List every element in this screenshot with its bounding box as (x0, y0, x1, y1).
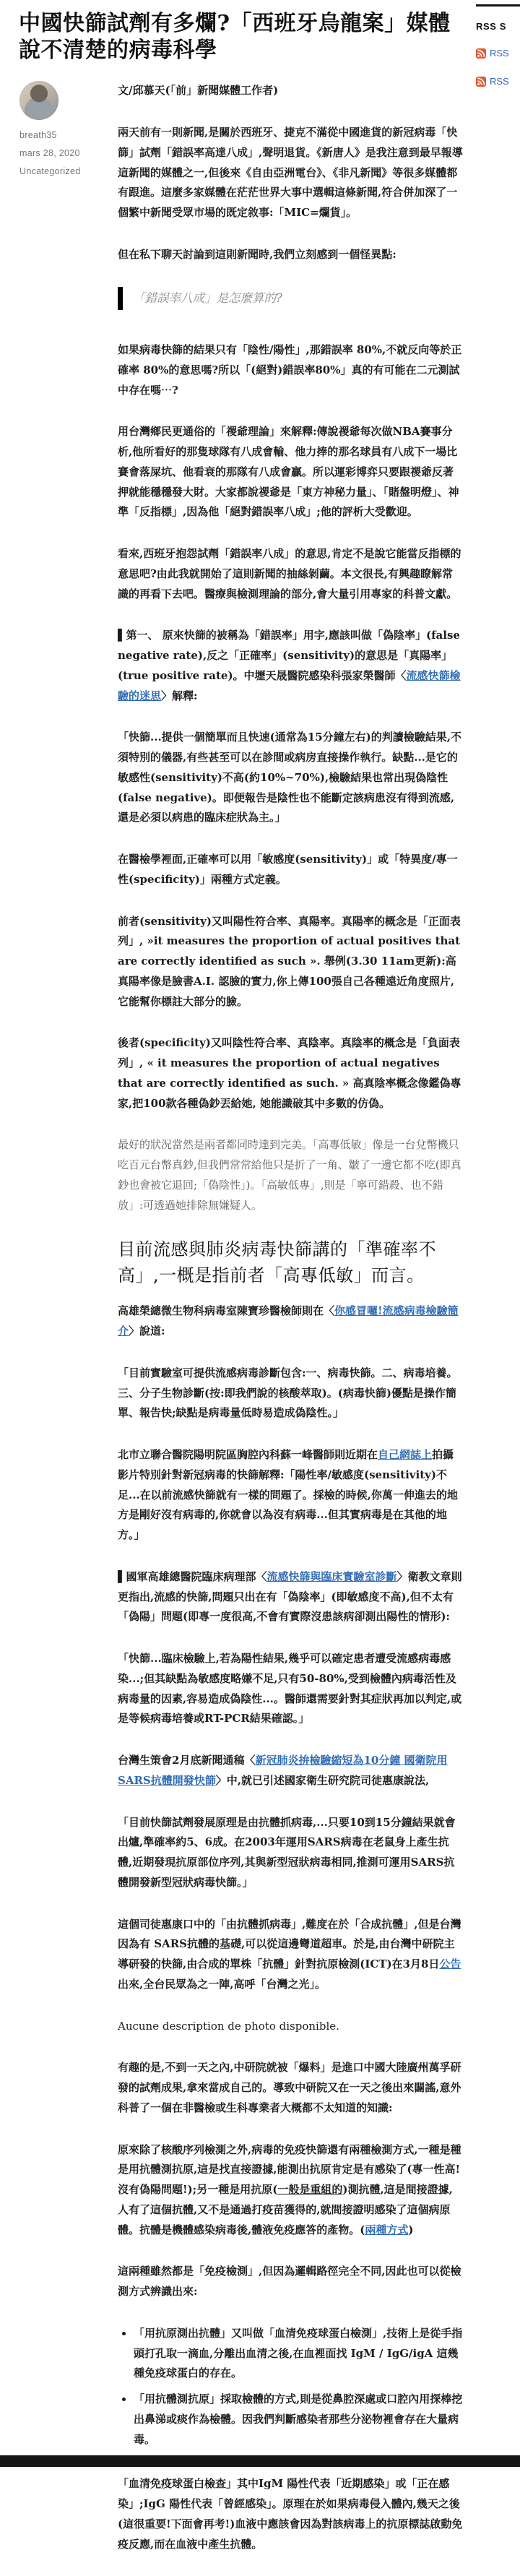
text-segment: 出來,全台民眾為之一陣,高呼「台灣之光」。 (118, 1978, 326, 1991)
text-segment: 「血清免疫球蛋白檢查」其中IgM 陽性代表「近期感染」或「正在感染」;IgG 陽… (118, 2477, 462, 2550)
text-segment: 在醫檢學裡面,正確率可以用「敏感度(sensitivity)」或「特異度/專一性… (118, 853, 458, 886)
paragraph: 最好的狀況當然是兩者都同時達到完美。「高專低敏」像是一台兌幣機只吃百元台幣真鈔,… (118, 1135, 463, 1215)
section-heading: 目前流感與肺炎病毒快篩講的「準確率不高」,一概是指前者「高專低敏」而言。 (118, 1237, 463, 1288)
paragraph: 如果病毒快篩的結果只有「陰性/陽性」,那錯誤率 80%,不就反向等於正確率 80… (118, 340, 463, 400)
inline-link[interactable]: 公告 (439, 1957, 461, 1970)
text-segment: 「目前實驗室可提供流感病毒診斷包含:一、病毒快篩。二、病毒培養。三、分子生物診斷… (118, 1366, 458, 1420)
paragraph: 台灣生策會2月底新聞通稿〈新冠肺炎拚檢驗縮短為10分鐘 國衛院用SARS抗體開發… (118, 1751, 463, 1791)
text-segment: 「用抗原測出抗體」又叫做「血清免疫球蛋白檢測」,技術上是從手指頭打孔取一滴血,分… (134, 2327, 462, 2380)
text-segment: Aucune description de photo disponible. (118, 2020, 339, 2033)
paragraph: 原來除了核酸序列檢測之外,病毒的免疫快篩還有兩種檢測方式,一種是種是用抗體測抗原… (118, 2140, 463, 2241)
paragraph: 有趣的是,不到一天之內,中研院就被「爆料」是進口中國大陸廣州萬孚研發的試劑成果,… (118, 2058, 463, 2118)
text-segment: 一般是重組的 (277, 2183, 342, 2196)
intro-paragraph: 兩天前有一則新聞,是關於西班牙、捷克不滿從中國進貨的新冠病毒「快篩」試劑「錯誤率… (118, 123, 463, 223)
content-row: breath35 mars 28, 2020 Uncategorized 文/邱… (0, 81, 520, 2576)
rss-feed-item: RSS (476, 48, 520, 59)
quote-paragraph: 「目前快篩試劑發展原理是由抗體抓病毒,...只要10到15分鐘結果就會出爐,準確… (118, 1813, 463, 1893)
text-segment: 「快篩...臨床檢驗上,若為陽性結果,幾乎可以確定患者遭受流感病毒感染...;但… (118, 1652, 461, 1725)
text-segment: 前者(sensitivity)又叫陽性符合率、真陽率。真陽率的概念是「正面表列」… (118, 915, 461, 1008)
paragraph: 「血清免疫球蛋白檢查」其中IgM 陽性代表「近期感染」或「正在感染」;IgG 陽… (118, 2474, 463, 2554)
page-title: 中國快篩試劑有多爛?「西班牙烏龍案」媒體說不清楚的病毒科學 (19, 10, 463, 64)
text-segment: 台灣生策會2月底新聞通稿〈 (118, 1754, 255, 1767)
inline-link[interactable]: 流感快篩與臨床實驗室診斷 (267, 1570, 397, 1583)
text-segment: 「用抗體測抗原」採取檢體的方式,則是從鼻腔深處或口腔內用探棒挖出鼻涕或痰作為檢體… (134, 2392, 462, 2446)
text-segment: 目前流感與肺炎病毒快篩講的「準確率不高」,一概是指前者「高專低敏」而言。 (118, 1239, 436, 1285)
text-segment: 如果病毒快篩的結果只有「陰性/陽性」,那錯誤率 80%,不就反向等於正確率 80… (118, 343, 461, 397)
paragraph: 高雄榮總微生物科病毒室陳寶珍醫檢師則在〈你感冒囉!流感病毒檢驗簡介〉說道: (118, 1301, 463, 1342)
paragraph: 後者(specificity)又叫陰性符合率、真陰率。真陰率的概念是「負面表列」… (118, 1033, 463, 1113)
text-segment: 這兩種雖然都是「免疫檢測」,但因為邏輯路徑完全不同,因此也可以從檢測方式辨識出來… (118, 2265, 461, 2298)
pull-quote: 「錯誤率八成」是怎麼算的? (118, 287, 463, 310)
text-segment: 後者(specificity)又叫陰性符合率、真陰率。真陰率的概念是「負面表列」… (118, 1036, 461, 1109)
paragraph: 用台灣鄉民更通俗的「禝爺理論」來解釋:傳說禝爺每次做NBA賽事分析,他所看好的那… (118, 422, 463, 522)
list-item: 「用抗體測抗原」採取檢體的方式,則是從鼻腔深處或口腔內用探棒挖出鼻涕或痰作為檢體… (134, 2390, 463, 2450)
paragraph: 但在私下聊天討論到這則新聞時,我們立刻感到一個怪異點: (118, 245, 463, 265)
rss-heading: RSS S (476, 21, 520, 32)
paragraph: 這兩種雖然都是「免疫檢測」,但因為邏輯路徑完全不同,因此也可以從檢測方式辨識出來… (118, 2262, 463, 2302)
broken-image-alt-text: Aucune description de photo disponible. (118, 2017, 463, 2037)
blog-post-page: 中國快篩試劑有多爛?「西班牙烏龍案」媒體說不清楚的病毒科學 RSS S RSS (0, 0, 520, 2576)
text-segment: 「錯誤率八成」是怎麼算的? (133, 291, 282, 305)
text-segment: 〉中,就已引述國家衛生研究院司徒惠康說法, (216, 1774, 429, 1787)
text-segment: 北市立聯合醫院陽明院區胸腔內科蘇一峰醫師則近期在 (118, 1448, 378, 1461)
quote-paragraph: 「快篩...提供一個簡單而且快速(通常為15分鐘左右)的判讀檢驗結果,不須特別的… (118, 728, 463, 828)
text-segment: 有趣的是,不到一天之內,中研院就被「爆料」是進口中國大陸廣州萬孚研發的試劑成果,… (118, 2061, 461, 2114)
paragraph: 北市立聯合醫院陽明院區胸腔內科蘇一峰醫師則近期在自己網誌上拍攝影片特別針對新冠病… (118, 1445, 463, 1546)
rss-feed-item: RSS (476, 76, 520, 87)
rss-icon (476, 48, 486, 59)
text-segment: ) (408, 2223, 413, 2236)
paragraph: 看來,西班牙抱怨試劑「錯誤率八成」的意思,肯定不是說它能當反指標的意思吧?由此我… (118, 544, 463, 604)
black-divider-bar (0, 2455, 520, 2467)
rss-link[interactable]: RSS (490, 48, 509, 59)
rss-widget: RSS S RSS RSS (476, 4, 520, 104)
text-segment: 兩天前有一則新聞,是關於西班牙、捷克不滿從中國進貨的新冠病毒「快篩」試劑「錯誤率… (118, 126, 463, 219)
author-name: breath35 (19, 130, 94, 140)
article-byline: 文/邱慕天(「前」新聞媒體工作者) (118, 81, 463, 101)
post-date: mars 28, 2020 (19, 148, 94, 158)
quote-paragraph: 「快篩...臨床檢驗上,若為陽性結果,幾乎可以確定患者遭受流感病毒感染...;但… (118, 1649, 463, 1729)
quote-paragraph: 「目前實驗室可提供流感病毒診斷包含:一、病毒快篩。二、病毒培養。三、分子生物診斷… (118, 1364, 463, 1423)
detection-methods-list: 「用抗原測出抗體」又叫做「血清免疫球蛋白檢測」,技術上是從手指頭打孔取一滴血,分… (118, 2324, 463, 2450)
text-segment: 高雄榮總微生物科病毒室陳寶珍醫檢師則在〈 (118, 1304, 334, 1317)
list-item: 「用抗原測出抗體」又叫做「血清免疫球蛋白檢測」,技術上是從手指頭打孔取一滴血,分… (134, 2324, 463, 2384)
rss-link[interactable]: RSS (490, 76, 509, 87)
text-segment: 但在私下聊天討論到這則新聞時,我們立刻感到一個怪異點: (118, 248, 396, 261)
text-segment: 看來,西班牙抱怨試劑「錯誤率八成」的意思,肯定不是說它能當反指標的意思吧?由此我… (118, 547, 461, 600)
text-segment: ▌國軍高雄總醫院臨床病理部〈 (118, 1570, 267, 1583)
text-segment: 「快篩...提供一個簡單而且快速(通常為15分鐘左右)的判讀檢驗結果,不須特別的… (118, 731, 461, 824)
paragraph: 前者(sensitivity)又叫陽性符合率、真陽率。真陽率的概念是「正面表列」… (118, 912, 463, 1012)
post-meta-sidebar: breath35 mars 28, 2020 Uncategorized (0, 81, 94, 184)
article-body: 文/邱慕天(「前」新聞媒體工作者) 兩天前有一則新聞,是關於西班牙、捷克不滿從中… (118, 81, 463, 2576)
author-avatar (19, 81, 58, 120)
article-blocks: 兩天前有一則新聞,是關於西班牙、捷克不滿從中國進貨的新冠病毒「快篩」試劑「錯誤率… (118, 123, 463, 2554)
paragraph: 在醫檢學裡面,正確率可以用「敏感度(sensitivity)」或「特異度/專一性… (118, 850, 463, 890)
text-segment: 拍攝影片特別針對新冠病毒的快篩解釋:「陽性率/敏感度(sensitivity)不… (118, 1448, 458, 1541)
post-category: Uncategorized (19, 166, 94, 176)
point-one-paragraph: ▌第一、 原來快篩的被稱為「錯誤率」用字,應該叫做「偽陰率」(false neg… (118, 626, 463, 706)
rss-icon (476, 77, 486, 87)
paragraph: 這個司徒惠康口中的「由抗體抓病毒」,難度在於「合成抗體」,但是台灣因為有 SAR… (118, 1915, 463, 1995)
text-segment: 「目前快篩試劑發展原理是由抗體抓病毒,...只要10到15分鐘結果就會出爐,準確… (118, 1816, 456, 1889)
text-segment: 這個司徒惠康口中的「由抗體抓病毒」,難度在於「合成抗體」,但是台灣因為有 SAR… (118, 1918, 461, 1971)
inline-link[interactable]: 兩種方式 (365, 2223, 408, 2236)
point-paragraph: ▌國軍高雄總醫院臨床病理部〈流感快篩與臨床實驗室診斷〉衛教文章則更指出,流感的快… (118, 1567, 463, 1627)
text-segment: 〉解釋: (161, 689, 198, 702)
rss-widget-rule (476, 4, 520, 7)
text-segment: 〉說道: (129, 1324, 165, 1337)
inline-link[interactable]: 自己網誌上 (378, 1448, 432, 1461)
text-segment: 最好的狀況當然是兩者都同時達到完美。「高專低敏」像是一台兌幣機只吃百元台幣真鈔,… (118, 1138, 461, 1211)
text-segment: 用台灣鄉民更通俗的「禝爺理論」來解釋:傳說禝爺每次做NBA賽事分析,他所看好的那… (118, 425, 459, 518)
